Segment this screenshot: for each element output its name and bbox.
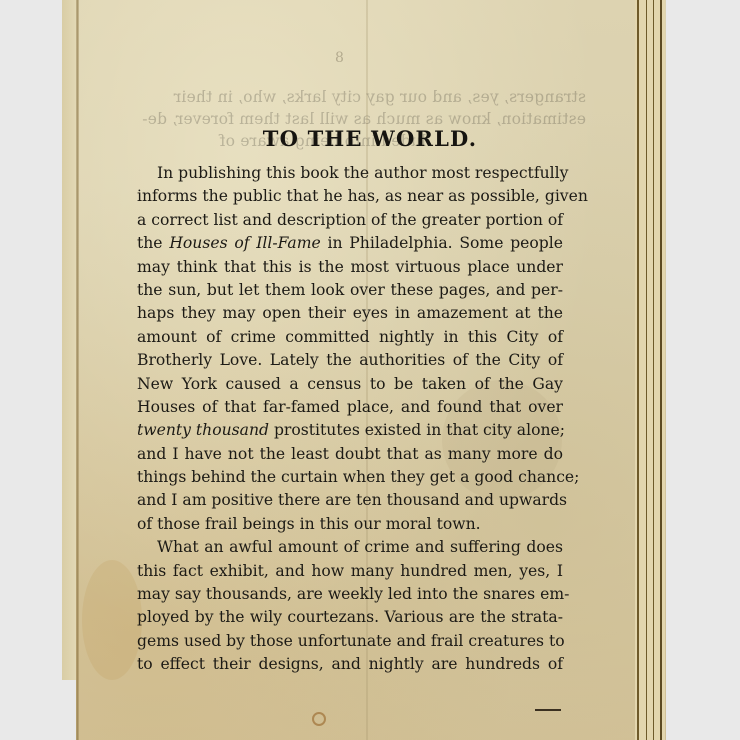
text-line: the sun, but let them look over these pa… (137, 279, 563, 302)
text-line: In publishing this book the author most … (137, 162, 563, 185)
text-line: ployed by the wily courtezans. Various a… (137, 606, 563, 629)
italic-phrase: twenty thousand (137, 421, 269, 439)
text-line: informs the public that he has, as near … (137, 185, 563, 208)
text-line: may think that this is the most virtuous… (137, 256, 563, 279)
water-stain (82, 560, 142, 680)
text-line: of those frail beings in this our moral … (137, 513, 563, 536)
text-segment: in Philadelphia. Some people (321, 234, 563, 252)
text-line: the Houses of Ill-Fame in Philadelphia. … (137, 232, 563, 255)
text-line: this fact exhibit, and how many hundred … (137, 560, 563, 583)
text-segment: the (137, 234, 169, 252)
page-title: TO THE WORLD. (0, 126, 740, 151)
text-line: to effect their designs, and nightly are… (137, 653, 563, 676)
page-notch (62, 680, 76, 740)
text-line: things behind the curtain when they get … (137, 466, 563, 489)
page-edge-line (637, 0, 639, 740)
text-line: and I have not the least doubt that as m… (137, 443, 563, 466)
page-edge-line (646, 0, 647, 740)
text-line: and I am positive there are ten thousand… (137, 489, 563, 512)
page-number: 8 (335, 50, 344, 66)
page-edge-line (660, 0, 662, 740)
italic-phrase: Houses of Ill-Fame (169, 234, 320, 252)
body-text: In publishing this book the author most … (137, 162, 563, 677)
text-line: amount of crime committed nightly in thi… (137, 326, 563, 349)
text-line: twenty thousand prostitutes existed in t… (137, 419, 563, 442)
text-segment: prostitutes existed in that city alone; (269, 421, 565, 439)
text-line: Houses of that far-famed place, and foun… (137, 396, 563, 419)
text-line: gems used by those unfortunate and frail… (137, 630, 563, 653)
bleed-through-line: strangers, yes, and our gay city larks, … (126, 88, 586, 106)
printer-mark (535, 709, 561, 711)
text-line: New York caused a census to be taken of … (137, 373, 563, 396)
text-line: a correct list and description of the gr… (137, 209, 563, 232)
binding-fold (76, 0, 79, 740)
text-line: may say thousands, are weekly led into t… (137, 583, 563, 606)
text-line: What an awful amount of crime and suffer… (137, 536, 563, 559)
text-line: haps they may open their eyes in amazeme… (137, 302, 563, 325)
text-line: Brotherly Love. Lately the authorities o… (137, 349, 563, 372)
page-edge-line (653, 0, 654, 740)
ink-stain (312, 712, 326, 726)
page-left-margin (62, 0, 76, 740)
